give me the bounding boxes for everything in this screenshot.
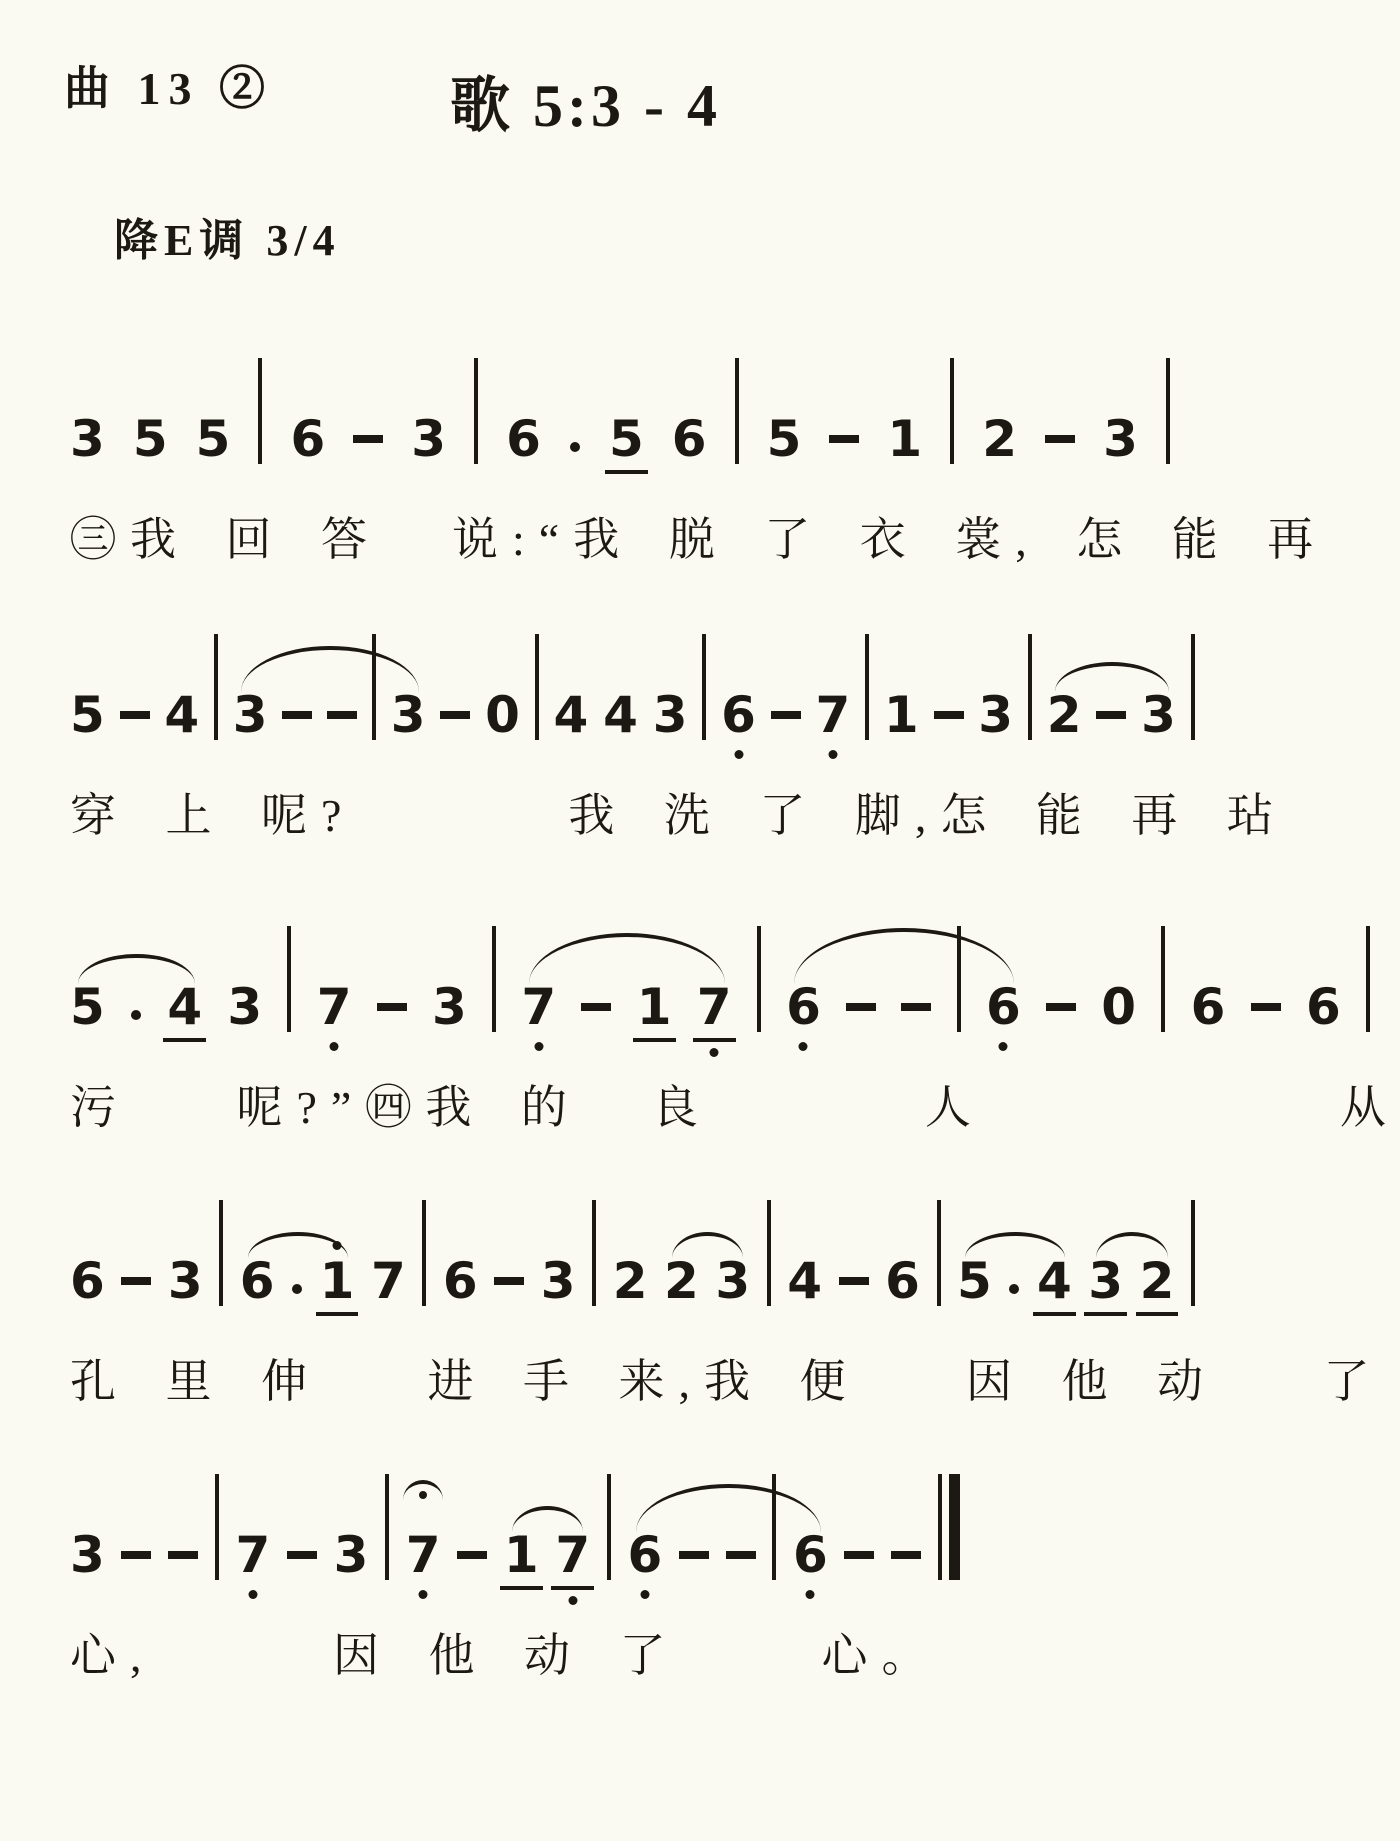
notation-line-5: 37371766 bbox=[70, 1468, 960, 1580]
note: 6 bbox=[885, 1256, 920, 1306]
note: 7 bbox=[555, 1530, 590, 1580]
note: 3 bbox=[653, 690, 688, 740]
duration-dash bbox=[494, 1256, 524, 1306]
barline bbox=[1366, 926, 1370, 1032]
notation-line-2: 54330443671323 bbox=[70, 628, 1195, 740]
note: 1 bbox=[887, 414, 922, 464]
note: 3 bbox=[233, 690, 268, 740]
eighth-underline bbox=[500, 1586, 543, 1591]
low-octave-dot bbox=[734, 750, 743, 759]
barline bbox=[422, 1200, 426, 1306]
duration-dash bbox=[1045, 414, 1075, 464]
duration-dash bbox=[726, 1530, 756, 1580]
eighth-underline bbox=[1033, 1312, 1076, 1317]
duration-dash bbox=[121, 1256, 151, 1306]
duration-dash bbox=[844, 1530, 874, 1580]
low-octave-dot bbox=[999, 1042, 1008, 1051]
note: 5 bbox=[196, 414, 231, 464]
barline bbox=[607, 1474, 611, 1580]
note: 3 bbox=[334, 1530, 369, 1580]
slur-arc bbox=[794, 928, 1014, 984]
eighth-underline bbox=[551, 1586, 594, 1591]
low-octave-dot bbox=[248, 1590, 257, 1599]
eighth-underline bbox=[163, 1038, 206, 1043]
barline bbox=[219, 1200, 223, 1306]
note: 3 bbox=[1141, 690, 1176, 740]
note: 3 bbox=[1103, 414, 1138, 464]
note: 2 bbox=[664, 1256, 699, 1306]
augmentation-dot bbox=[569, 414, 581, 464]
duration-dash bbox=[1046, 982, 1076, 1032]
slur-arc bbox=[248, 1232, 348, 1258]
note: 5 bbox=[70, 982, 105, 1032]
augmentation-dot bbox=[291, 1256, 303, 1306]
barline bbox=[385, 1474, 389, 1580]
music-system-2: 54330443671323 穿 上 呢? 我 洗 了 脚,怎 能 再 玷 bbox=[70, 628, 1287, 844]
slur-arc bbox=[965, 1232, 1065, 1258]
eighth-underline bbox=[605, 470, 648, 475]
fermata-icon bbox=[403, 1480, 443, 1500]
low-octave-dot bbox=[806, 1590, 815, 1599]
low-octave-dot bbox=[640, 1590, 649, 1599]
note: 1 bbox=[637, 982, 672, 1032]
barline bbox=[1166, 358, 1170, 464]
music-system-5: 37371766 心, 因 他 动 了 心。 bbox=[70, 1468, 960, 1684]
note: 4 bbox=[603, 690, 638, 740]
note: 4 bbox=[1037, 1256, 1072, 1306]
note: 1 bbox=[884, 690, 919, 740]
note: 6 bbox=[628, 1530, 663, 1580]
duration-dash bbox=[679, 1530, 709, 1580]
note: 3 bbox=[541, 1256, 576, 1306]
note: 6 bbox=[70, 1256, 105, 1306]
slur-arc bbox=[672, 1232, 743, 1258]
note: 7 bbox=[521, 982, 556, 1032]
note: 0 bbox=[485, 690, 520, 740]
barline bbox=[702, 634, 706, 740]
key-signature: 降E调 3/4 bbox=[114, 204, 341, 268]
duration-dash bbox=[829, 414, 859, 464]
note: 3 bbox=[70, 1530, 105, 1580]
barline bbox=[258, 358, 262, 464]
note: 6 bbox=[1306, 982, 1341, 1032]
note: 1 bbox=[504, 1530, 539, 1580]
lyrics-line-5: 心, 因 他 动 了 心。 bbox=[70, 1628, 960, 1684]
music-system-4: 6361763223465432 孔 里 伸 进 手 来,我 便 因 他 动 了 bbox=[70, 1194, 1384, 1410]
low-octave-dot bbox=[419, 1590, 428, 1599]
notation-line-4: 6361763223465432 bbox=[70, 1194, 1195, 1306]
note: 6 bbox=[721, 690, 756, 740]
barline bbox=[492, 926, 496, 1032]
note: 2 bbox=[1047, 690, 1082, 740]
note: 6 bbox=[506, 414, 541, 464]
slur-arc bbox=[1055, 662, 1169, 692]
lyrics-line-4: 孔 里 伸 进 手 来,我 便 因 他 动 了 bbox=[70, 1354, 1384, 1410]
duration-dash bbox=[121, 1530, 151, 1580]
note: 7 bbox=[235, 1530, 270, 1580]
barline bbox=[1028, 634, 1032, 740]
note: 7 bbox=[697, 982, 732, 1032]
note: 6 bbox=[672, 414, 707, 464]
duration-dash bbox=[440, 690, 470, 740]
barline bbox=[950, 358, 954, 464]
duration-dash bbox=[771, 690, 801, 740]
duration-dash bbox=[457, 1530, 487, 1580]
slur-arc bbox=[1096, 1232, 1168, 1258]
slur-arc bbox=[78, 954, 195, 984]
note: 3 bbox=[168, 1256, 203, 1306]
slur-arc bbox=[636, 1484, 821, 1532]
sheet-music-page: 曲 13 ② 歌 5:3 - 4 降E调 3/4 355636565123 ㊂我… bbox=[0, 0, 1400, 1841]
note: 5 bbox=[609, 414, 644, 464]
barline bbox=[1191, 634, 1195, 740]
note: 4 bbox=[164, 690, 199, 740]
note: 7 bbox=[371, 1256, 406, 1306]
note: 5 bbox=[70, 690, 105, 740]
note: 7 bbox=[406, 1530, 441, 1580]
note: 3 bbox=[227, 982, 262, 1032]
note: 6 bbox=[240, 1256, 275, 1306]
eighth-underline bbox=[1136, 1312, 1179, 1317]
note: 2 bbox=[982, 414, 1017, 464]
duration-dash bbox=[282, 690, 312, 740]
note: 5 bbox=[957, 1256, 992, 1306]
barline bbox=[592, 1200, 596, 1306]
eighth-underline bbox=[1084, 1312, 1127, 1317]
barline bbox=[767, 1200, 771, 1306]
eighth-underline bbox=[633, 1038, 676, 1043]
lyrics-line-3: 污 呢?”㊃我 的 良 人 从 门 bbox=[70, 1080, 1400, 1136]
note: 3 bbox=[432, 982, 467, 1032]
barline bbox=[735, 358, 739, 464]
duration-dash bbox=[353, 414, 383, 464]
barline bbox=[287, 926, 291, 1032]
note: 3 bbox=[70, 414, 105, 464]
music-system-3: 5437371766066 污 呢?”㊃我 的 良 人 从 门 bbox=[70, 920, 1400, 1136]
lyrics-line-2: 穿 上 呢? 我 洗 了 脚,怎 能 再 玷 bbox=[70, 788, 1287, 844]
duration-dash bbox=[839, 1256, 869, 1306]
note: 4 bbox=[554, 690, 589, 740]
note: 3 bbox=[715, 1256, 750, 1306]
note: 4 bbox=[167, 982, 202, 1032]
note: 6 bbox=[1191, 982, 1226, 1032]
duration-dash bbox=[1096, 690, 1126, 740]
lyrics-line-1: ㊂我 回 答 说:“我 脱 了 衣 裳, 怎 能 再 bbox=[70, 512, 1327, 568]
note: 3 bbox=[411, 414, 446, 464]
note: 2 bbox=[1140, 1256, 1175, 1306]
barline bbox=[214, 634, 218, 740]
notation-line-1: 355636565123 bbox=[70, 352, 1170, 464]
page-title: 歌 5:3 - 4 bbox=[450, 58, 721, 144]
low-octave-dot bbox=[828, 750, 837, 759]
duration-dash bbox=[377, 982, 407, 1032]
song-number: 曲 13 ② bbox=[64, 52, 273, 118]
eighth-underline bbox=[316, 1312, 359, 1317]
barline bbox=[535, 634, 539, 740]
low-octave-dot bbox=[799, 1042, 808, 1051]
note: 7 bbox=[317, 982, 352, 1032]
note: 6 bbox=[443, 1256, 478, 1306]
notation-line-3: 5437371766066 bbox=[70, 920, 1370, 1032]
barline bbox=[865, 634, 869, 740]
duration-dash bbox=[901, 982, 931, 1032]
low-octave-dot bbox=[534, 1042, 543, 1051]
note: 6 bbox=[786, 982, 821, 1032]
duration-dash bbox=[891, 1530, 921, 1580]
low-octave-dot bbox=[330, 1042, 339, 1051]
slur-arc bbox=[529, 933, 725, 984]
note: 7 bbox=[816, 690, 851, 740]
slur-arc bbox=[241, 646, 419, 692]
note: 2 bbox=[613, 1256, 648, 1306]
duration-dash bbox=[168, 1530, 198, 1580]
note: 6 bbox=[290, 414, 325, 464]
barline bbox=[937, 1200, 941, 1306]
note: 5 bbox=[767, 414, 802, 464]
low-octave-dot bbox=[568, 1596, 577, 1605]
duration-dash bbox=[1251, 982, 1281, 1032]
duration-dash bbox=[327, 690, 357, 740]
barline bbox=[1191, 1200, 1195, 1306]
barline bbox=[474, 358, 478, 464]
duration-dash bbox=[120, 690, 150, 740]
note: 4 bbox=[787, 1256, 822, 1306]
slur-arc bbox=[512, 1506, 583, 1532]
augmentation-dot bbox=[1008, 1256, 1020, 1306]
note: 6 bbox=[986, 982, 1021, 1032]
duration-dash bbox=[934, 690, 964, 740]
note: 6 bbox=[793, 1530, 828, 1580]
note: 1 bbox=[320, 1256, 355, 1306]
augmentation-dot bbox=[130, 982, 142, 1032]
duration-dash bbox=[581, 982, 611, 1032]
final-barline bbox=[938, 1474, 960, 1580]
note: 3 bbox=[391, 690, 426, 740]
duration-dash bbox=[287, 1530, 317, 1580]
duration-dash bbox=[846, 982, 876, 1032]
eighth-underline bbox=[693, 1038, 736, 1043]
music-system-1: 355636565123 ㊂我 回 答 说:“我 脱 了 衣 裳, 怎 能 再 bbox=[70, 352, 1327, 568]
low-octave-dot bbox=[710, 1048, 719, 1057]
barline bbox=[1161, 926, 1165, 1032]
note: 5 bbox=[133, 414, 168, 464]
note: 0 bbox=[1101, 982, 1136, 1032]
barline bbox=[215, 1474, 219, 1580]
barline bbox=[757, 926, 761, 1032]
note: 3 bbox=[1088, 1256, 1123, 1306]
note: 3 bbox=[978, 690, 1013, 740]
